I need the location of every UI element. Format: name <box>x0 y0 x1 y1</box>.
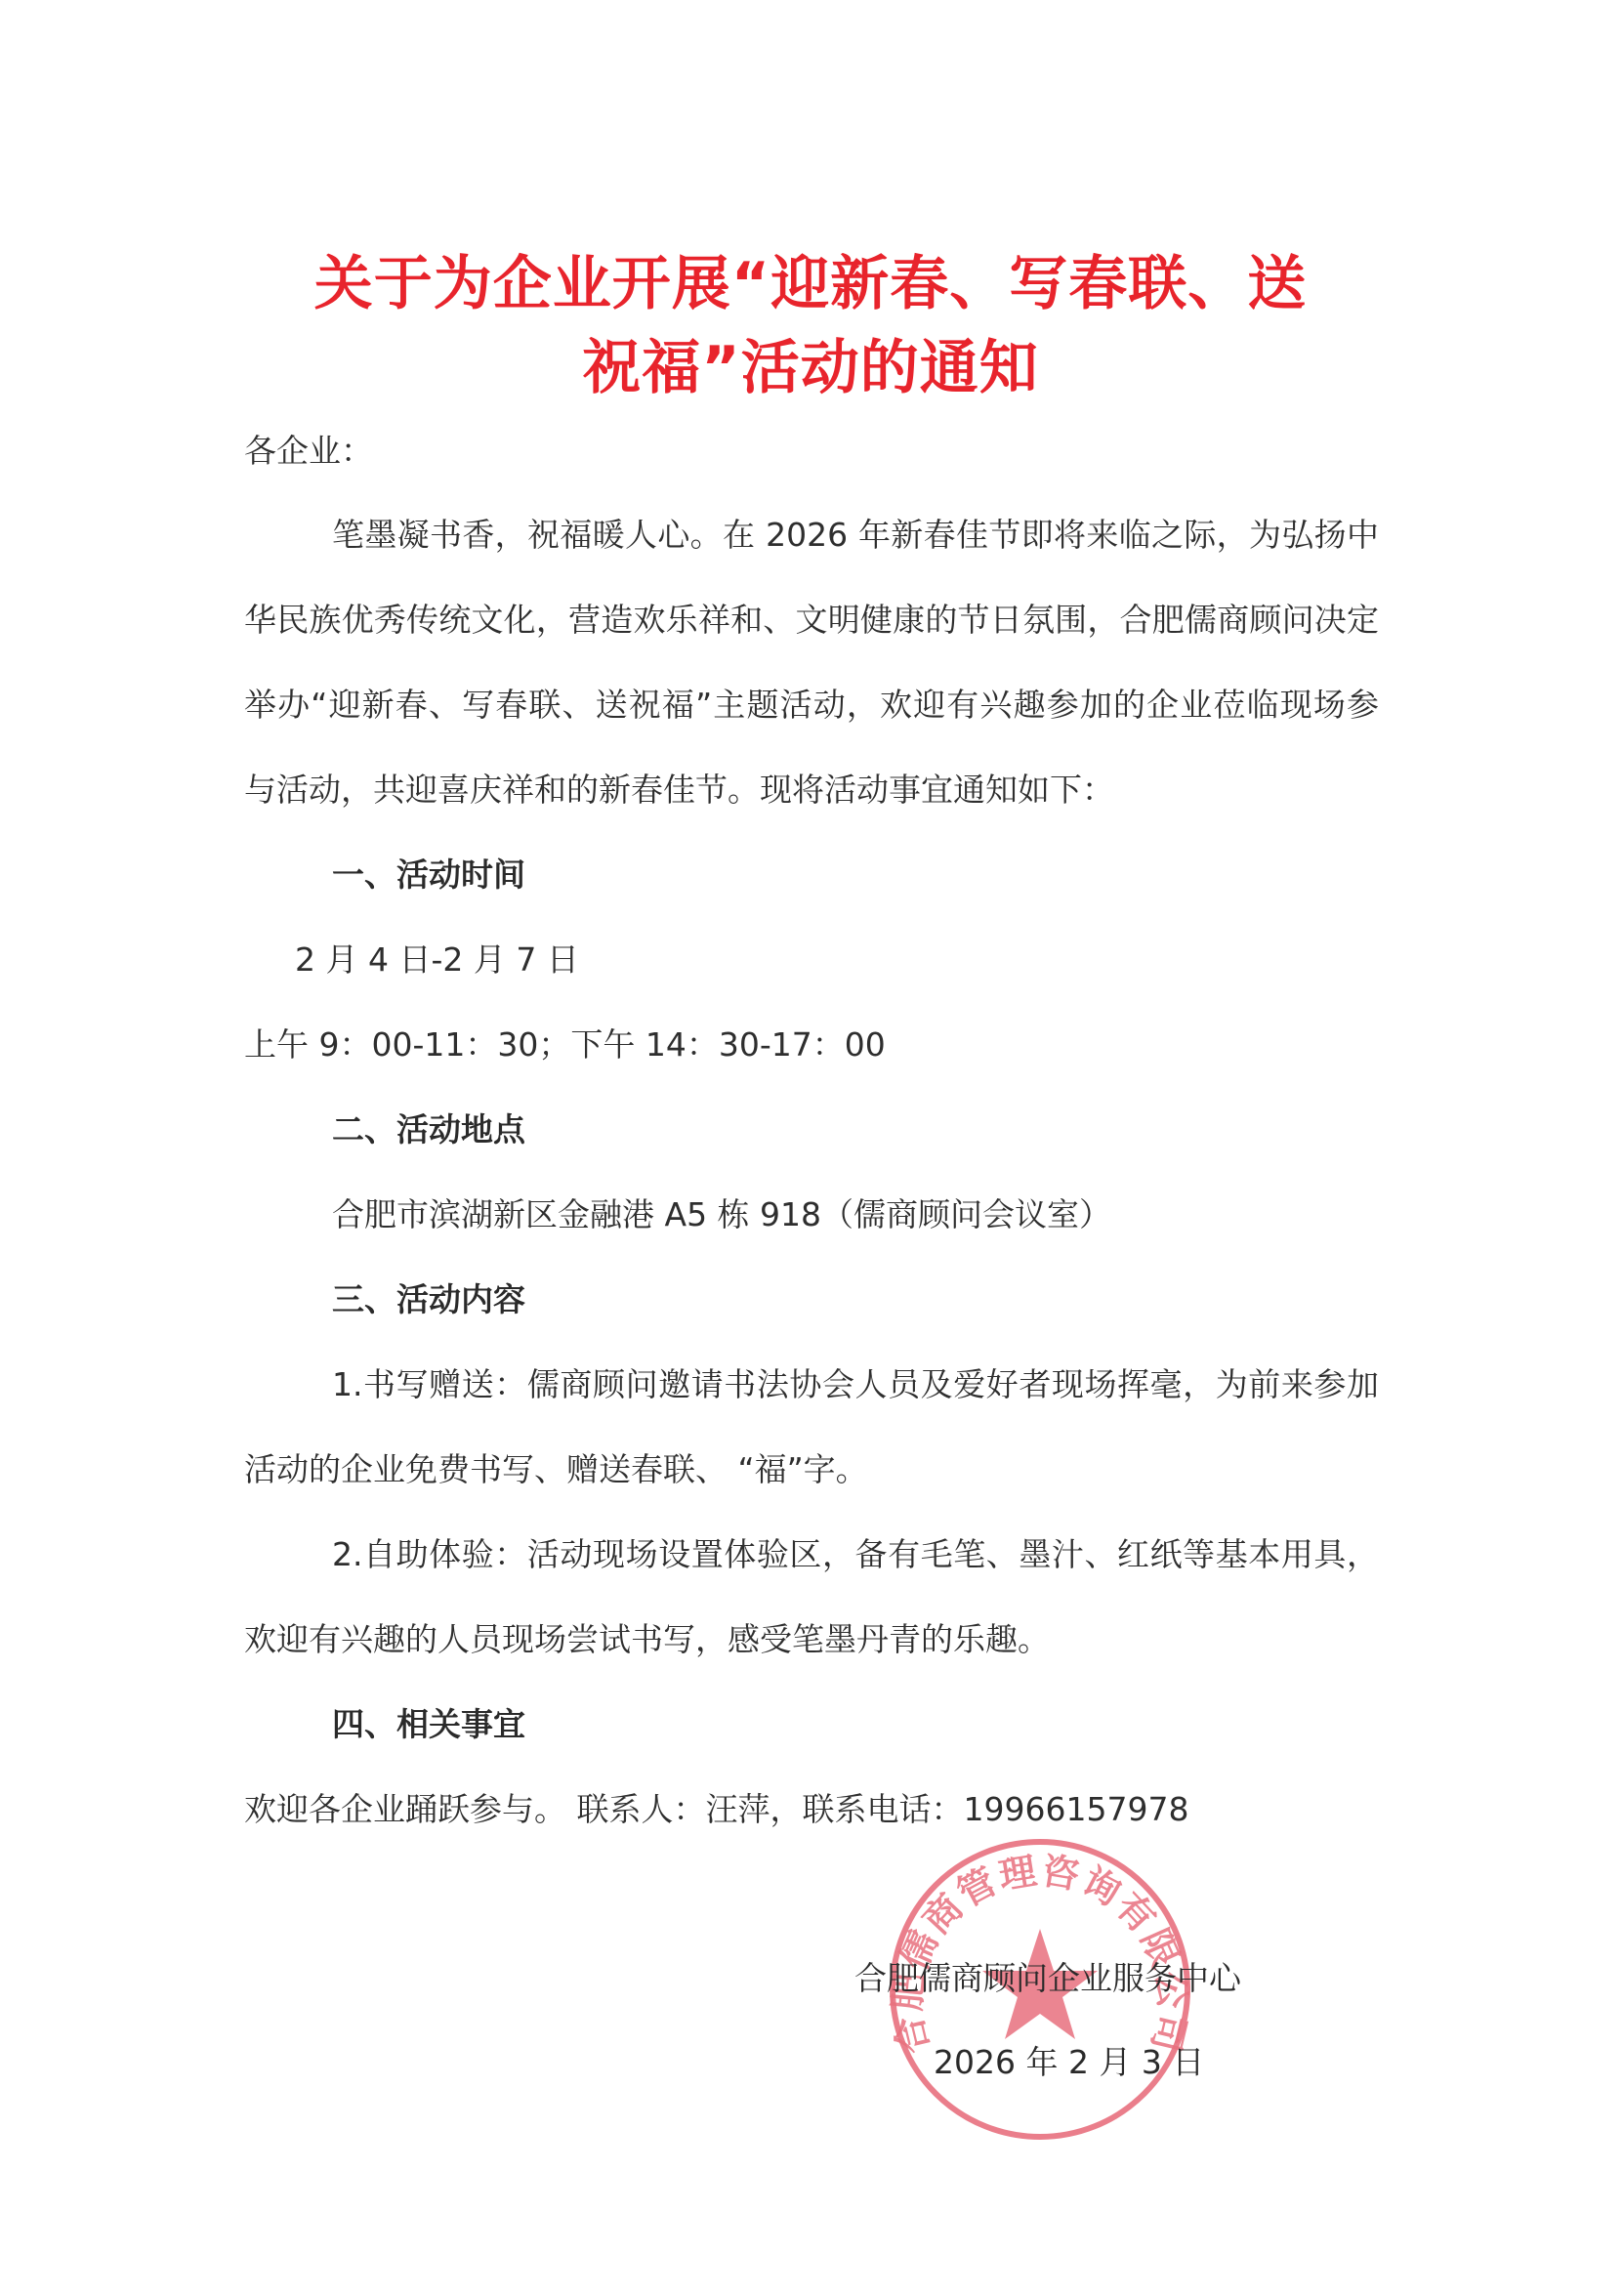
intro-line-1: 笔墨凝书香，祝福暖人心。在 2026 年新春佳节即将来临之际，为弘扬中 <box>332 514 1379 557</box>
content-item-1-line-1: 1.书写赠送：儒商顾问邀请书法协会人员及爱好者现场挥毫，为前来参加 <box>332 1363 1379 1406</box>
salutation: 各企业： <box>244 430 373 473</box>
issuer-organization: 合肥儒商顾问企业服务中心 <box>854 1957 1241 2000</box>
svg-text:合肥儒商管理咨询有限公司: 合肥儒商管理咨询有限公司 <box>887 1848 1193 2058</box>
intro-line-3: 举办“迎新春、写春联、送祝福”主题活动，欢迎有兴趣参加的企业莅临现场参 <box>244 684 1379 727</box>
event-hours: 上午 9：00-11：30；下午 14：30-17：00 <box>244 1023 886 1066</box>
content-item-2-line-2: 欢迎有兴趣的人员现场尝试书写，感受笔墨丹青的乐趣。 <box>244 1618 1050 1661</box>
section-heading-location: 二、活动地点 <box>332 1108 525 1151</box>
section-heading-content: 三、活动内容 <box>332 1278 525 1321</box>
document-title-line-1: 关于为企业开展“迎新春、写春联、送 <box>234 242 1387 326</box>
section-heading-time: 一、活动时间 <box>332 854 525 897</box>
issue-date: 2026 年 2 月 3 日 <box>934 2041 1204 2084</box>
content-item-1-line-2: 活动的企业免费书写、赠送春联、 “福”字。 <box>244 1448 868 1491</box>
document-page: 关于为企业开展“迎新春、写春联、送 祝福”活动的通知 各企业： 笔墨凝书香，祝福… <box>0 0 1623 2296</box>
seal-text: 合肥儒商管理咨询有限公司 <box>887 1848 1193 2058</box>
intro-line-4: 与活动，共迎喜庆祥和的新春佳节。现将活动事宜通知如下： <box>244 769 1114 812</box>
contact-info: 欢迎各企业踊跃参与。 联系人：汪萍，联系电话：19966157978 <box>244 1788 1188 1831</box>
document-title-line-2: 祝福”活动的通知 <box>234 326 1387 410</box>
section-heading-related: 四、相关事宜 <box>332 1703 525 1746</box>
event-dates: 2 月 4 日-2 月 7 日 <box>295 939 579 981</box>
content-item-2-line-1: 2.自助体验：活动现场设置体验区，备有毛笔、墨汁、红纸等基本用具， <box>332 1533 1379 1576</box>
intro-line-2: 华民族优秀传统文化，营造欢乐祥和、文明健康的节日氛围，合肥儒商顾问决定 <box>244 599 1379 642</box>
event-address: 合肥市滨湖新区金融港 A5 栋 918（儒商顾问会议室） <box>332 1193 1111 1236</box>
